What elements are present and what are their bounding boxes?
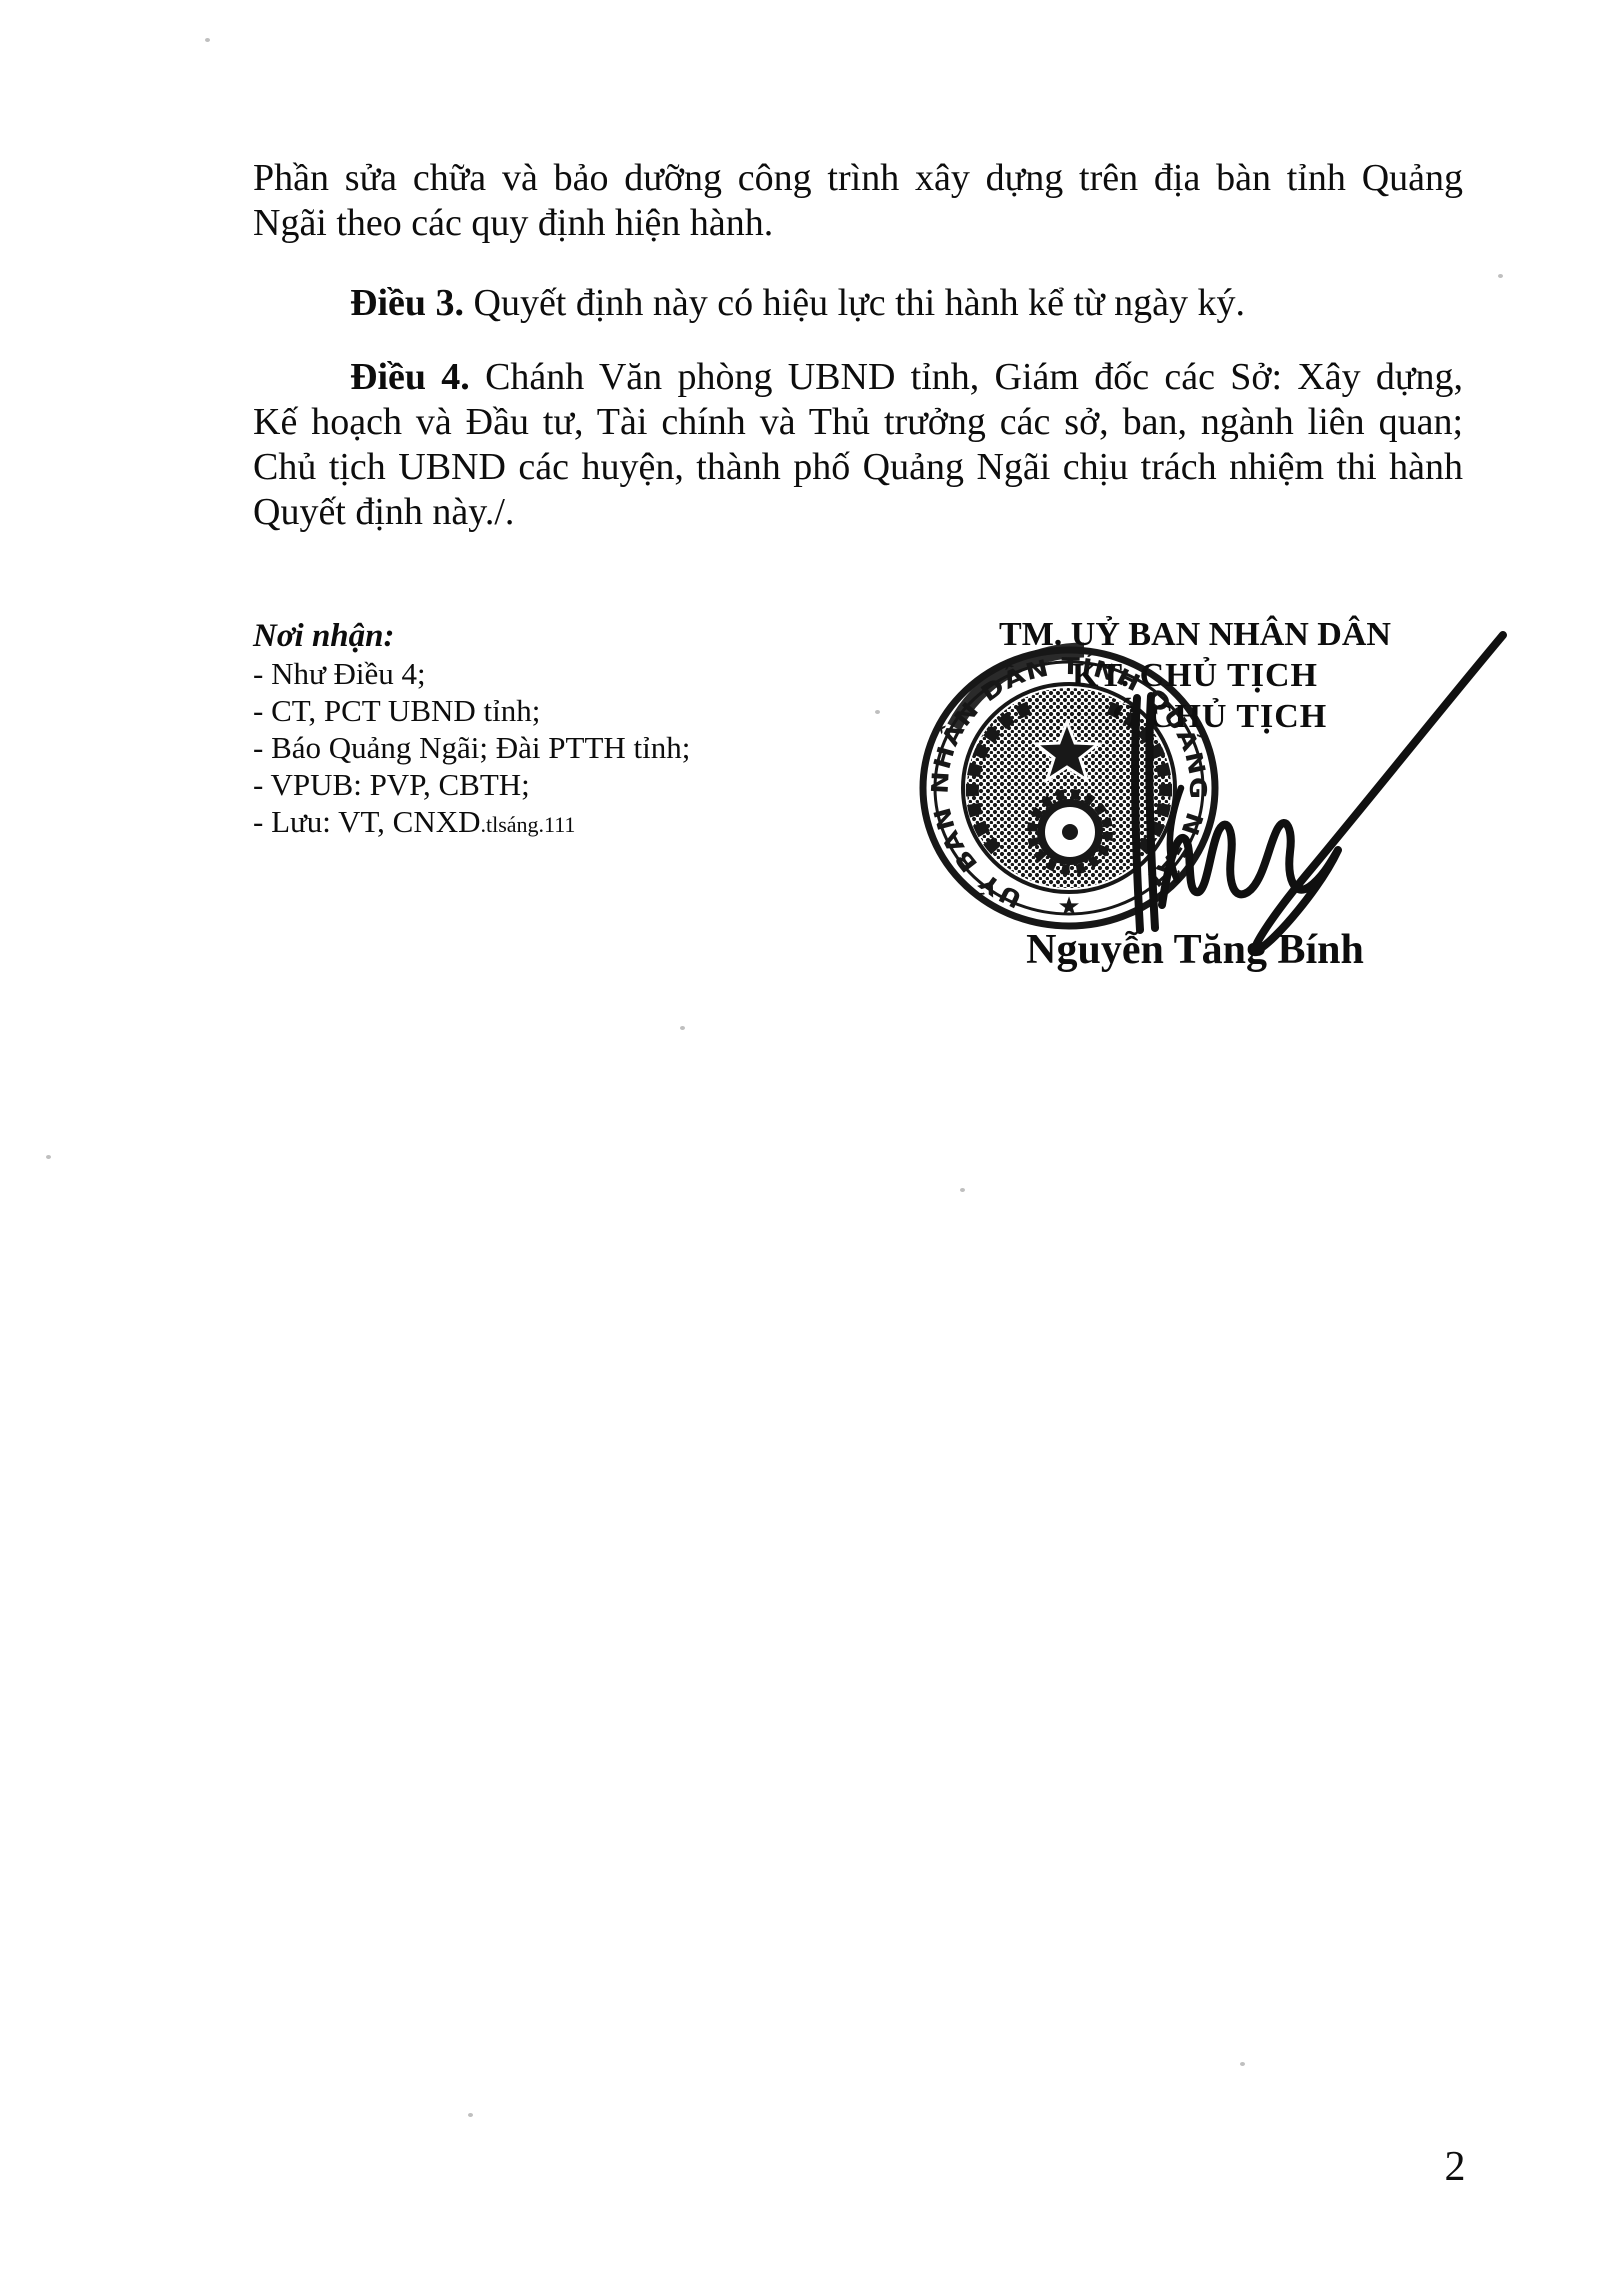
handwritten-signature [1080,588,1550,988]
scan-speck [680,1026,685,1030]
article-4-line: Quyết định này./. [253,490,1463,535]
archive-note: .tlsáng.111 [480,812,575,837]
article-3-label: Điều 3. [350,282,464,324]
article-4-text: Chánh Văn phòng UBND tỉnh, Giám đốc các … [485,356,1463,398]
document-page: Phần sửa chữa và bảo dưỡng công trình xâ… [0,0,1598,2281]
document-body: Phần sửa chữa và bảo dưỡng công trình xâ… [253,156,1463,535]
scan-speck [875,710,880,714]
recipient-item: - Lưu: VT, CNXD.tlsáng.111 [253,803,690,843]
article-4-line: Chủ tịch UBND các huyện, thành phố Quảng… [253,445,1463,490]
seal-bottom-star: ★ [1057,892,1080,921]
signature-stroke [1135,698,1140,930]
paragraph-continuation: Phần sửa chữa và bảo dưỡng công trình xâ… [253,156,1463,246]
scan-speck [960,1188,965,1192]
article-3-text: Quyết định này có hiệu lực thi hành kể t… [474,282,1245,324]
signature-stroke [1149,696,1155,928]
recipient-item: - Báo Quảng Ngãi; Đài PTTH tỉnh; [253,729,690,766]
article-4-label: Điều 4. [350,356,470,398]
article-4: Điều 4. Chánh Văn phòng UBND tỉnh, Giám … [253,355,1463,535]
scan-speck [205,38,210,42]
recipient-item: - VPUB: PVP, CBTH; [253,766,690,803]
scan-speck [1498,274,1503,278]
signature-stroke [1162,635,1503,951]
article-3: Điều 3. Quyết định này có hiệu lực thi h… [253,281,1463,326]
recipients-heading: Nơi nhận: [253,618,690,655]
article-4-line: Điều 4. Chánh Văn phòng UBND tỉnh, Giám … [253,355,1463,400]
article-4-line: Kế hoạch và Đầu tư, Tài chính và Thủ trư… [253,400,1463,445]
recipient-item: - Như Điều 4; [253,655,690,692]
paragraph-line: Ngãi theo các quy định hiện hành. [253,201,1463,246]
paragraph-line: Phần sửa chữa và bảo dưỡng công trình xâ… [253,156,1463,201]
scan-speck [1240,2062,1245,2066]
recipient-item: - CT, PCT UBND tỉnh; [253,692,690,729]
scan-speck [46,1155,51,1159]
recipient-item-text: - Lưu: VT, CNXD [253,804,480,839]
page-number: 2 [1400,2143,1510,2191]
scan-speck [468,2113,473,2117]
recipients-block: Nơi nhận: - Như Điều 4; - CT, PCT UBND t… [253,618,690,843]
